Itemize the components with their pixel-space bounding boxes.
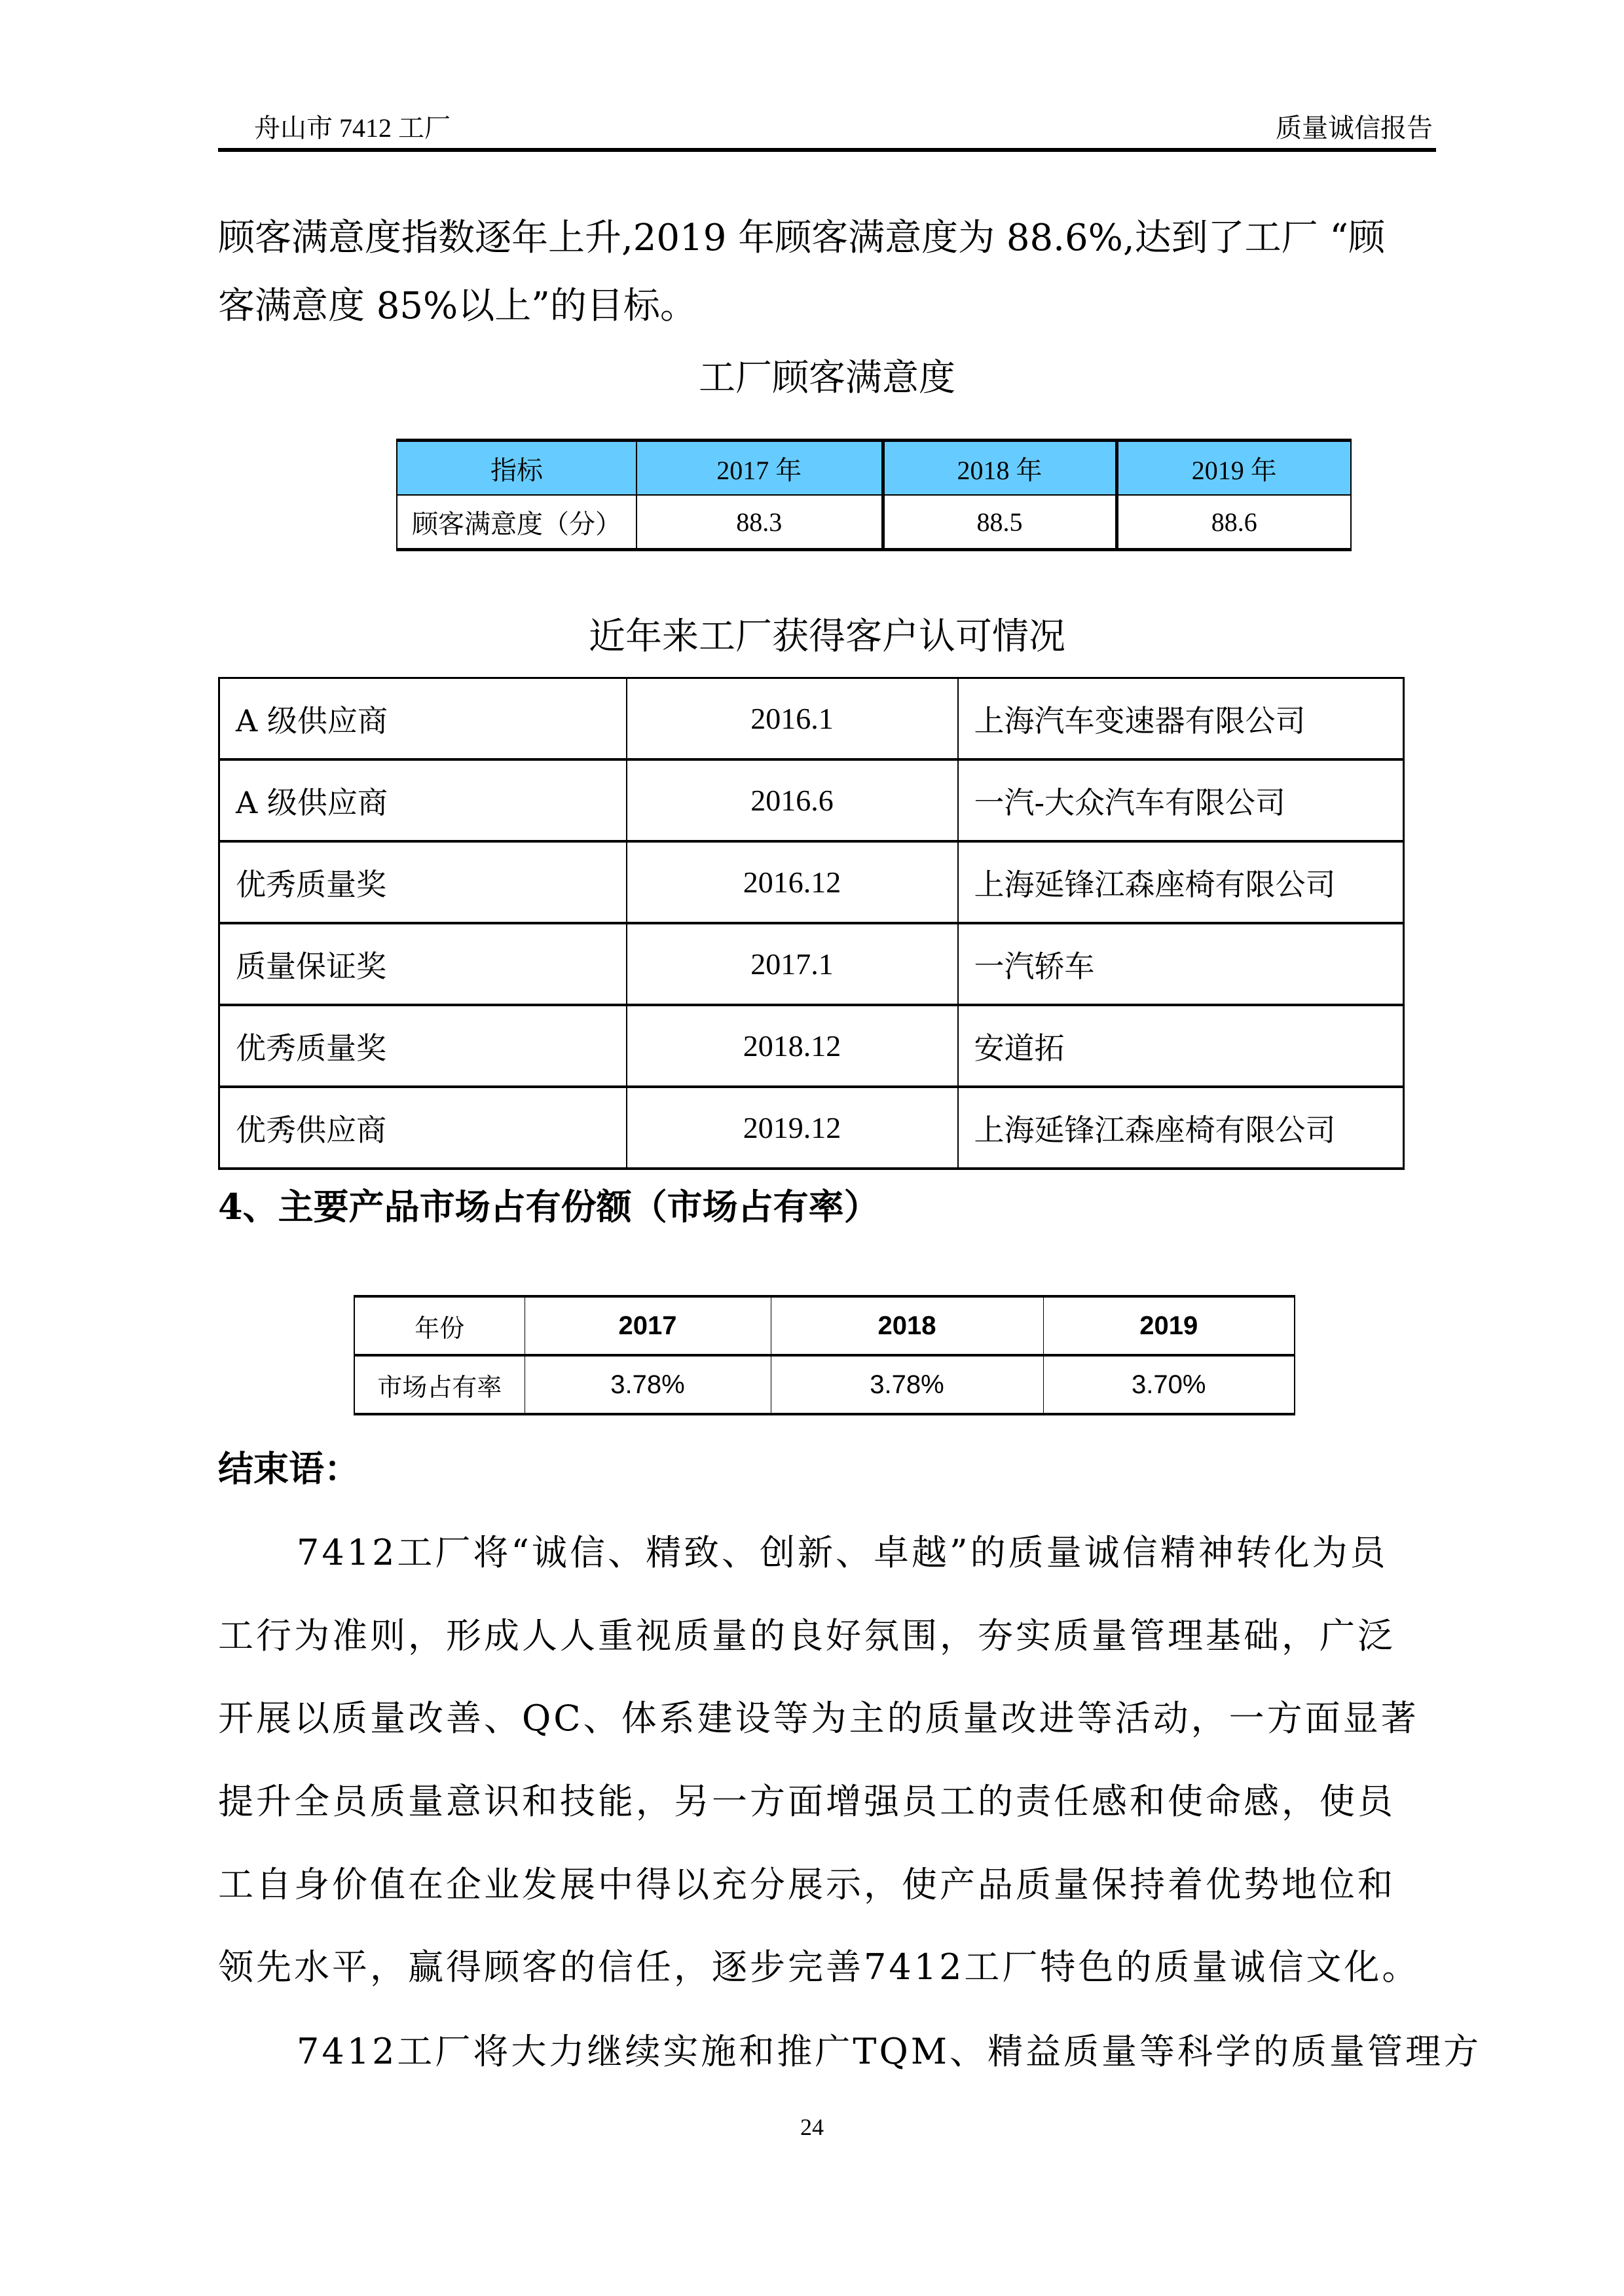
customer-cell: 安道拓 [958,1005,1404,1087]
column-header: 年份 [354,1296,525,1355]
header-left-title: 舟山市 7412 工厂 [254,113,451,144]
table-row: 优秀质量奖 2018.12 安道拓 [219,1005,1404,1087]
table-header-row: 年份 2017 2018 2019 [354,1296,1295,1355]
column-header: 2017 [525,1296,771,1355]
date-cell: 2019.12 [627,1087,958,1169]
closing-line-4: 提升全员质量意识和技能，另一方面增强员工的责任感和使命感，使员 [218,1781,1436,1823]
closing-line-3: 开展以质量改善、QC、体系建设等为主的质量改进等活动，一方面显著 [218,1698,1436,1740]
award-cell: A 级供应商 [219,678,627,760]
table-row: 市场占有率 3.78% 3.78% 3.70% [354,1355,1295,1414]
customer-cell: 一汽轿车 [958,923,1404,1005]
table-cell: 88.5 [883,495,1116,550]
date-cell: 2017.1 [627,923,958,1005]
table-row: 优秀质量奖 2016.12 上海延锋江森座椅有限公司 [219,841,1404,923]
table-row: 质量保证奖 2017.1 一汽轿车 [219,923,1404,1005]
table-cell: 3.70% [1043,1355,1295,1414]
closing-line-2: 工行为准则，形成人人重视质量的良好氛围，夯实质量管理基础，广泛 [218,1615,1436,1657]
closing-paragraph2-line-1: 7412工厂将大力继续实施和推广TQM、精益质量等科学的质量管理方 [297,2031,1515,2073]
header-divider [218,148,1436,152]
closing-line-5: 工自身价值在企业发展中得以充分展示，使产品质量保持着优势地位和 [218,1864,1436,1906]
customer-cell: 上海汽车变速器有限公司 [958,678,1404,760]
table-row: A 级供应商 2016.6 一汽-大众汽车有限公司 [219,759,1404,841]
table-row: 顾客满意度（分） 88.3 88.5 88.6 [397,495,1351,550]
page-number: 24 [0,2113,1624,2141]
satisfaction-table: 指标 2017 年 2018 年 2019 年 顾客满意度（分） 88.3 88… [396,439,1352,551]
customer-cell: 上海延锋江森座椅有限公司 [958,1087,1404,1169]
date-cell: 2016.12 [627,841,958,923]
table-cell: 市场占有率 [354,1355,525,1414]
table-cell: 3.78% [771,1355,1043,1414]
column-header: 2017 年 [637,441,883,496]
date-cell: 2016.6 [627,759,958,841]
award-cell: A 级供应商 [219,759,627,841]
closing-line-6: 领先水平，赢得顾客的信任，逐步完善7412工厂特色的质量诚信文化。 [218,1946,1436,1988]
award-cell: 优秀供应商 [219,1087,627,1169]
market-share-table: 年份 2017 2018 2019 市场占有率 3.78% 3.78% 3.70… [354,1295,1295,1415]
header-right-title: 质量诚信报告 [1276,113,1433,144]
column-header: 2018 [771,1296,1043,1355]
customer-cell: 一汽-大众汽车有限公司 [958,759,1404,841]
table-header-row: 指标 2017 年 2018 年 2019 年 [397,441,1351,496]
award-cell: 质量保证奖 [219,923,627,1005]
table-row: A 级供应商 2016.1 上海汽车变速器有限公司 [219,678,1404,760]
satisfaction-table-caption: 工厂顾客满意度 [218,357,1436,399]
column-header: 2019 年 [1116,441,1351,496]
table-cell: 88.3 [637,495,883,550]
recognition-table: A 级供应商 2016.1 上海汽车变速器有限公司 A 级供应商 2016.6 … [218,677,1405,1170]
intro-line-2: 客满意度 85%以上”的目标。 [218,285,1436,327]
closing-line-1: 7412工厂将“诚信、精致、创新、卓越”的质量诚信精神转化为员 [297,1532,1515,1574]
date-cell: 2016.1 [627,678,958,760]
closing-heading: 结束语： [218,1448,360,1489]
column-header: 指标 [397,441,637,496]
date-cell: 2018.12 [627,1005,958,1087]
column-header: 2019 [1043,1296,1295,1355]
market-share-heading: 4、主要产品市场占有份额（市场占有率） [218,1186,879,1228]
award-cell: 优秀质量奖 [219,841,627,923]
intro-line-1: 顾客满意度指数逐年上升,2019 年顾客满意度为 88.6%,达到了工厂 “顾 [218,217,1436,259]
table-cell: 3.78% [525,1355,771,1414]
column-header: 2018 年 [883,441,1116,496]
recognition-table-caption: 近年来工厂获得客户认可情况 [218,616,1436,658]
award-cell: 优秀质量奖 [219,1005,627,1087]
table-cell: 88.6 [1116,495,1351,550]
customer-cell: 上海延锋江森座椅有限公司 [958,841,1404,923]
table-row: 优秀供应商 2019.12 上海延锋江森座椅有限公司 [219,1087,1404,1169]
table-cell: 顾客满意度（分） [397,495,637,550]
